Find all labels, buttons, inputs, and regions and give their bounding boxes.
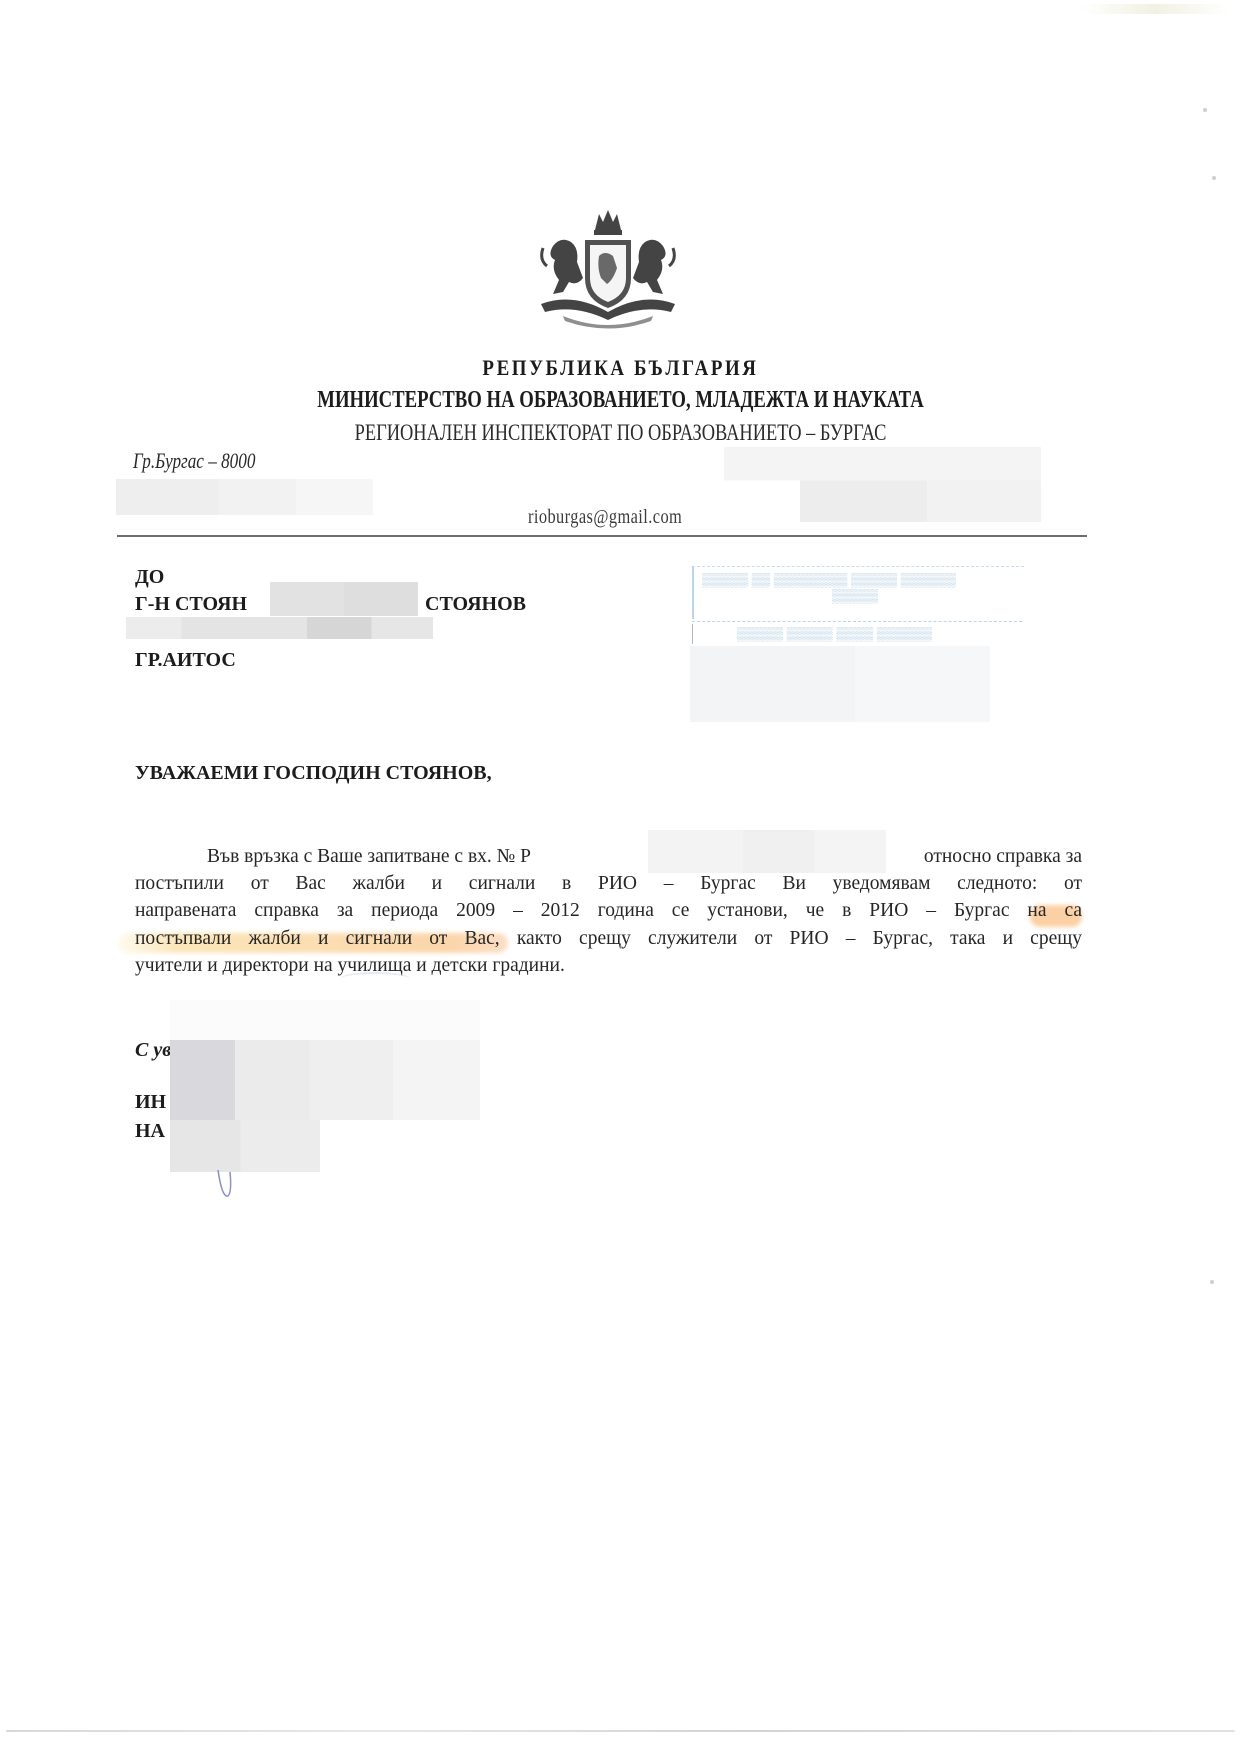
stamp-text-line3: ▒▒▒▒▒ ▒▒▒▒▒ ▒▒▒▒ ▒▒▒▒▒▒ (737, 626, 932, 641)
redaction-recipient-address (126, 617, 433, 639)
page-edge-bottom (6, 1730, 1235, 1732)
recipient-name-end: СТОЯНОВ (425, 593, 526, 616)
stamp-text-line1: ▒▒▒▒▒ ▒▒ ▒▒▒▒▒▒▒▒ ▒▒▒▒▒ ▒▒▒▒▒▒ (702, 572, 956, 587)
faint-stamp-trace (340, 972, 410, 986)
page-edge-top (1080, 4, 1230, 14)
scan-speck (1203, 108, 1207, 112)
signature-stroke-icon (212, 1168, 252, 1200)
recipient-name-start: Г-Н СТОЯН (135, 593, 247, 616)
redaction-contact-right (724, 447, 1041, 522)
header-divider (117, 535, 1087, 537)
body-line-1-end: относно справка за (924, 846, 1082, 868)
body-line-4: постъпвали жалби и сигнали от Вас, както… (135, 928, 1082, 950)
stamp-separator (692, 621, 1022, 622)
registry-stamp: ▒▒▒▒▒ ▒▒ ▒▒▒▒▒▒▒▒ ▒▒▒▒▒ ▒▒▒▒▒▒ ▒▒▒▒▒ ▒▒▒… (692, 566, 1024, 646)
body-line-1-start: Във връзка с Ваше запитване с вх. № Р (207, 846, 531, 867)
signatory-title-line1: ИН (135, 1091, 166, 1114)
recipient-to: ДО (135, 566, 164, 589)
redaction-signatory-name (170, 1040, 480, 1120)
redaction-recipient-middle-name (270, 582, 418, 616)
stamp-tick (692, 624, 693, 644)
recipient-city: ГР.АИТОС (135, 649, 236, 672)
salutation: УВАЖАЕМИ ГОСПОДИН СТОЯНОВ, (135, 762, 492, 785)
body-line-3: направената справка за периода 2009 – 20… (135, 900, 1082, 922)
header-ministry: МИНИСТЕРСТВО НА ОБРАЗОВАНИЕТО, МЛАДЕЖТА … (137, 387, 1105, 414)
redaction-signatory-top (170, 1000, 480, 1040)
redaction-registry-number (690, 646, 990, 722)
coat-of-arms-icon (533, 208, 683, 338)
redaction-reference-number (648, 830, 886, 873)
header-country: РЕПУБЛИКА БЪЛГАРИЯ (87, 355, 1154, 381)
redaction-address-left (116, 479, 373, 515)
scan-speck (1210, 1280, 1214, 1284)
body-line-2: постъпили от Вас жалби и сигнали в РИО –… (135, 873, 1082, 895)
stamp-text-line2: ▒▒▒▒▒ (832, 588, 878, 603)
header-email: rioburgas@gmail.com (528, 506, 682, 529)
body-line-1: Във връзка с Ваше запитване с вх. № Р от… (207, 846, 1082, 868)
signatory-title-line2: НА (135, 1120, 165, 1143)
header-inspectorate: РЕГИОНАЛЕН ИНСПЕКТОРАТ ПО ОБРАЗОВАНИЕТО … (124, 420, 1117, 446)
scan-speck (1212, 176, 1216, 180)
header-city: Гр.Бургас – 8000 (133, 448, 255, 474)
redaction-signatory-lower (170, 1120, 320, 1172)
